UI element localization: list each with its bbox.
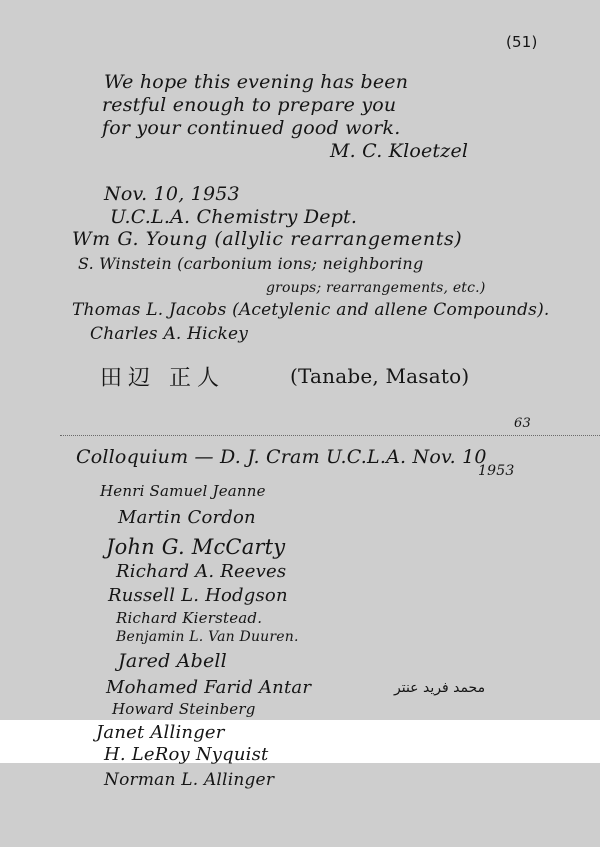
signature: Richard A. Reeves: [116, 561, 286, 582]
message-line: for your continued good work.: [102, 117, 400, 139]
signature: Norman L. Allinger: [104, 770, 274, 790]
scanned-guestbook-page: (51) We hope this evening has been restf…: [0, 0, 600, 847]
signature: Martin Cordon: [118, 507, 256, 528]
visitor-entry: S. Winstein (carbonium ions; neighboring: [78, 254, 423, 273]
message-signature: M. C. Kloetzel: [330, 140, 468, 162]
signature: Howard Steinberg: [112, 700, 256, 718]
visitor-entry: Thomas L. Jacobs (Acetylenic and allene …: [72, 300, 550, 320]
signature: Henri Samuel Jeanne: [100, 482, 266, 500]
message-line: We hope this evening has been: [104, 71, 408, 93]
signature: John G. McCarty: [106, 535, 285, 559]
visitor-entry-continuation: groups; rearrangements, etc.): [266, 280, 486, 296]
page-number: (51): [506, 33, 538, 51]
signature: Mohamed Farid Antar: [106, 677, 311, 698]
visitor-entry: Charles A. Hickey: [90, 324, 248, 344]
colloquium-year: 1953: [478, 463, 514, 479]
signature: Russell L. Hodgson: [108, 585, 288, 606]
page-divider: [60, 435, 600, 436]
arabic-signature: محمد فريد عنتر: [394, 680, 485, 696]
visit-date: Nov. 10, 1953: [104, 183, 240, 205]
scan-highlight-band: [0, 720, 600, 763]
signature: Richard Kierstead.: [116, 609, 262, 627]
visit-department: U.C.L.A. Chemistry Dept.: [110, 206, 357, 228]
colloquium-header: Colloquium — D. J. Cram U.C.L.A. Nov. 10: [76, 446, 487, 468]
japanese-name: 田辺 正人: [100, 361, 225, 392]
signature: Jared Abell: [118, 650, 227, 672]
signature: H. LeRoy Nyquist: [104, 744, 269, 765]
signature: Benjamin L. Van Duuren.: [116, 629, 299, 645]
message-line: restful enough to prepare you: [102, 94, 396, 116]
japanese-name-romanized: (Tanabe, Masato): [290, 364, 469, 388]
visitor-entry: Wm G. Young (allylic rearrangements): [72, 228, 462, 250]
second-page-number: 63: [514, 416, 531, 431]
signature: Janet Allinger: [96, 722, 225, 743]
